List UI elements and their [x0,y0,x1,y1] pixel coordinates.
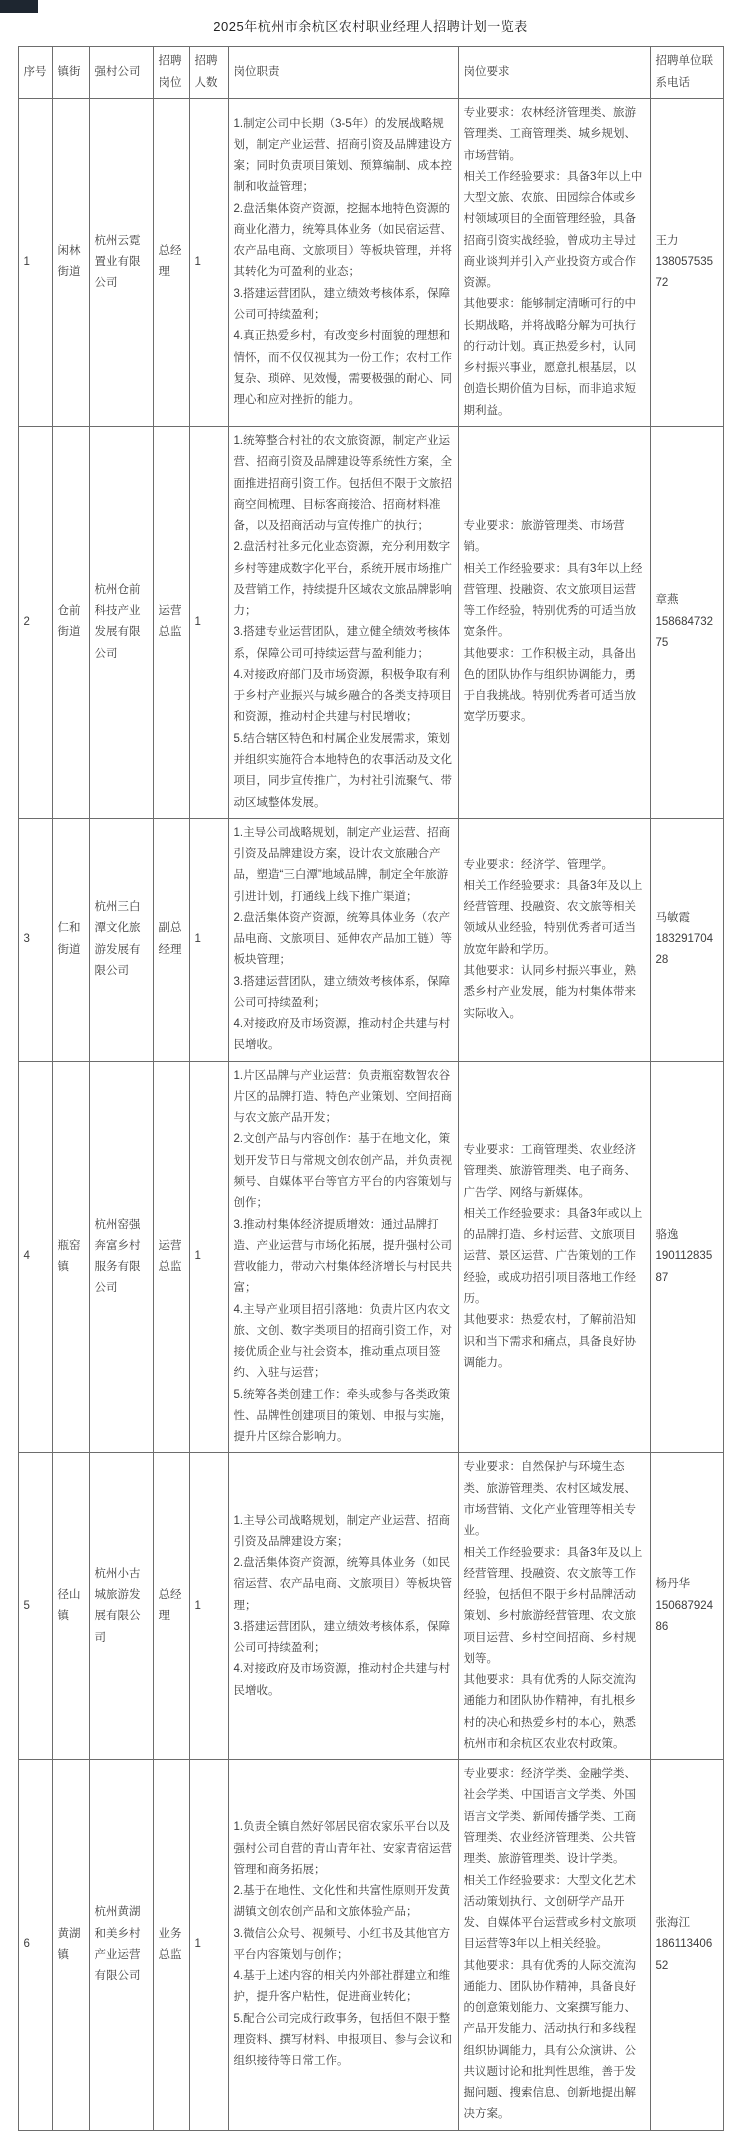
cell-seq: 4 [18,1061,52,1453]
header-seq: 序号 [18,47,52,99]
table-row: 6黄湖镇杭州黄湖和美乡村产业运营有限公司业务总监11.负责全镇自然好邻居民宿农家… [18,1760,723,2131]
cell-count: 1 [189,818,228,1061]
cell-count: 1 [189,99,228,427]
cell-requirements: 专业要求：经济学、管理学。 相关工作经验要求：具备3年及以上经营管理、投融资、农… [458,818,650,1061]
header-duties: 岗位职责 [228,47,458,99]
cell-position: 副总经理 [153,818,189,1061]
contact-name: 张海江 [656,1913,718,1934]
cell-contact: 王力13805753572 [650,99,723,427]
cell-town: 仁和街道 [52,818,89,1061]
cell-requirements: 专业要求：自然保护与环境生态类、旅游管理类、农村区域发展、市场营销、文化产业管理… [458,1453,650,1760]
cell-town: 瓶窑镇 [52,1061,89,1453]
cell-position: 总经理 [153,99,189,427]
cell-seq: 2 [18,426,52,818]
cell-company: 杭州窑强奔富乡村服务有限公司 [89,1061,153,1453]
cell-requirements: 专业要求：旅游管理类、市场营销。 相关工作经验要求：具有3年以上经营管理、投融资… [458,426,650,818]
cell-company: 杭州云霓置业有限公司 [89,99,153,427]
cell-position: 业务总监 [153,1760,189,2131]
header-company: 强村公司 [89,47,153,99]
table-row: 5径山镇杭州小古城旅游发展有限公司总经理11.主导公司战略规划，制定产业运营、招… [18,1453,723,1760]
table-row: 2仓前街道杭州仓前科技产业发展有限公司运营总监11.统筹整合村社的农文旅资源，制… [18,426,723,818]
cell-contact: 章燕15868473275 [650,426,723,818]
cell-company: 杭州小古城旅游发展有限公司 [89,1453,153,1760]
contact-phone: 19011283587 [656,1246,718,1289]
recruitment-table: 序号 镇街 强村公司 招聘岗位 招聘人数 岗位职责 岗位要求 招聘单位联系电话 … [18,46,724,2131]
cell-position: 总经理 [153,1453,189,1760]
table-row: 3仁和街道杭州三白潭文化旅游发展有限公司副总经理11.主导公司战略规划，制定产业… [18,818,723,1061]
contact-phone: 15068792486 [656,1596,718,1639]
contact-phone: 18329170428 [656,929,718,972]
cell-requirements: 专业要求：经济学类、金融学类、社会学类、中国语言文学类、外国语言文学类、新闻传播… [458,1760,650,2131]
cell-count: 1 [189,426,228,818]
cell-contact: 骆逸19011283587 [650,1061,723,1453]
cell-seq: 3 [18,818,52,1061]
cell-contact: 杨丹华15068792486 [650,1453,723,1760]
table-row: 1闲林街道杭州云霓置业有限公司总经理11.制定公司中长期（3-5年）的发展战略规… [18,99,723,427]
cell-seq: 6 [18,1760,52,2131]
contact-phone: 18611340652 [656,1934,718,1977]
cell-seq: 1 [18,99,52,427]
cell-seq: 5 [18,1453,52,1760]
cell-contact: 张海江18611340652 [650,1760,723,2131]
cell-town: 仓前街道 [52,426,89,818]
cell-duties: 1.片区品牌与产业运营：负责瓶窑数智农谷片区的品牌打造、特色产业策划、空间招商与… [228,1061,458,1453]
cell-count: 1 [189,1453,228,1760]
cell-duties: 1.主导公司战略规划，制定产业运营、招商引资及品牌建设方案，设计农文旅融合产品，… [228,818,458,1061]
table-body: 1闲林街道杭州云霓置业有限公司总经理11.制定公司中长期（3-5年）的发展战略规… [18,99,723,2131]
contact-phone: 15868473275 [656,612,718,655]
cell-duties: 1.主导公司战略规划，制定产业运营、招商引资及品牌建设方案； 2.盘活集体资产资… [228,1453,458,1760]
contact-name: 马敏霞 [656,908,718,929]
cell-position: 运营总监 [153,426,189,818]
contact-name: 王力 [656,231,718,252]
cell-requirements: 专业要求：农林经济管理类、旅游管理类、工商管理类、城乡规划、市场营销。 相关工作… [458,99,650,427]
contact-name: 杨丹华 [656,1574,718,1595]
header-position: 招聘岗位 [153,47,189,99]
table-row: 4瓶窑镇杭州窑强奔富乡村服务有限公司运营总监11.片区品牌与产业运营：负责瓶窑数… [18,1061,723,1453]
cell-position: 运营总监 [153,1061,189,1453]
header-count: 招聘人数 [189,47,228,99]
cell-requirements: 专业要求：工商管理类、农业经济管理类、旅游管理类、电子商务、广告学、网络与新媒体… [458,1061,650,1453]
header-contact-phone: 招聘单位联系电话 [650,47,723,99]
cell-company: 杭州黄湖和美乡村产业运营有限公司 [89,1760,153,2131]
cell-count: 1 [189,1760,228,2131]
cell-contact: 马敏霞18329170428 [650,818,723,1061]
page-title: 2025年杭州市余杭区农村职业经理人招聘计划一览表 [0,0,741,35]
contact-name: 骆逸 [656,1225,718,1246]
header-requirements: 岗位要求 [458,47,650,99]
top-left-screenshot-artifact [0,0,38,13]
cell-company: 杭州仓前科技产业发展有限公司 [89,426,153,818]
cell-company: 杭州三白潭文化旅游发展有限公司 [89,818,153,1061]
contact-name: 章燕 [656,590,718,611]
cell-count: 1 [189,1061,228,1453]
contact-phone: 13805753572 [656,252,718,295]
cell-duties: 1.负责全镇自然好邻居民宿农家乐平台以及强村公司自营的青山青年社、安家青宿运营管… [228,1760,458,2131]
cell-duties: 1.制定公司中长期（3-5年）的发展战略规划，制定产业运营、招商引资及品牌建设方… [228,99,458,427]
cell-town: 黄湖镇 [52,1760,89,2131]
cell-town: 闲林街道 [52,99,89,427]
header-town: 镇街 [52,47,89,99]
cell-duties: 1.统筹整合村社的农文旅资源，制定产业运营、招商引资及品牌建设等系统性方案，全面… [228,426,458,818]
cell-town: 径山镇 [52,1453,89,1760]
table-header-row: 序号 镇街 强村公司 招聘岗位 招聘人数 岗位职责 岗位要求 招聘单位联系电话 [18,47,723,99]
